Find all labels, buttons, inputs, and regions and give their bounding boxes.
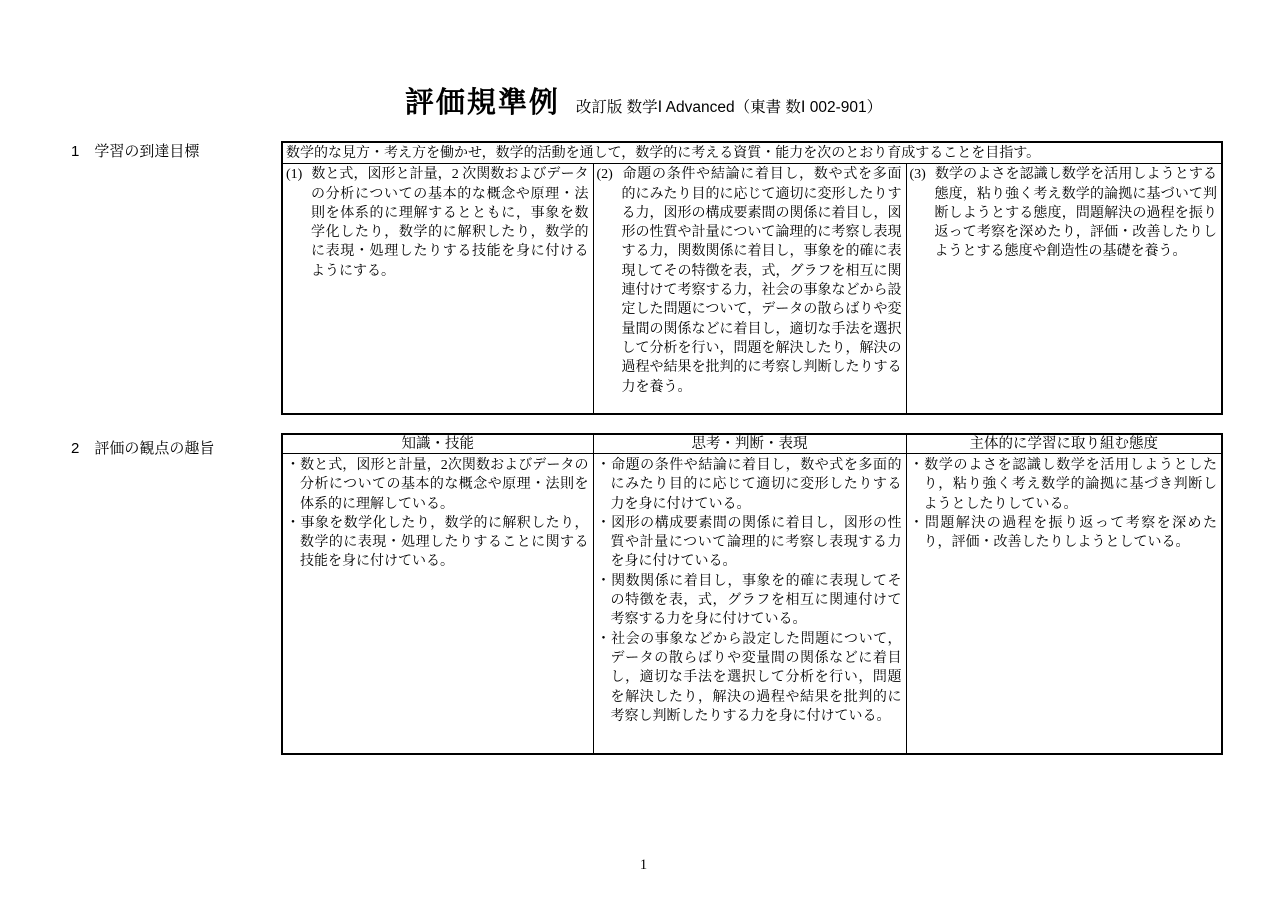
item-1-number: (1) xyxy=(286,167,302,182)
bullet-marker: ・ xyxy=(597,574,612,589)
page-title: 評価規準例 xyxy=(405,80,560,121)
bullet-text: 命題の条件や結論に着目し，数や式を多面的にみたり目的に応じて適切に変形したりする… xyxy=(611,458,902,512)
bullet-marker: ・ xyxy=(286,516,300,531)
page-subtitle: 改訂版 数学Ⅰ Advanced（東書 数Ⅰ 002-901） xyxy=(576,95,882,117)
goal-item-3-cell: (3)数学のよさを認識し数学を活用しようとする態度，粘り強く考え数学的論拠に基づ… xyxy=(906,164,1222,415)
bullet-marker: ・ xyxy=(597,516,612,531)
bullet-text: 数学のよさを認識し数学を活用しようとしたり，粘り強く考え数学的論拠に基づき判断し… xyxy=(924,458,1218,512)
bullet-text: 数と式，図形と計量，2次関数およびデータの分析についての基本的な概念や原理・法則… xyxy=(300,458,589,512)
thinking-judgment-expression-cell: ・命題の条件や結論に着目し，数や式を多面的にみたり目的に応じて適切に変形したりす… xyxy=(593,454,906,755)
column-header-thinking-judgment-expression: 思考・判断・表現 xyxy=(593,434,906,454)
knowledge-skills-cell: ・数と式，図形と計量，2次関数およびデータの分析についての基本的な概念や原理・法… xyxy=(282,454,593,755)
list-item: ・問題解決の過程を振り返って考察を深めたり，評価・改善したりしようとしている。 xyxy=(910,514,1218,553)
proactive-attitude-cell: ・数学のよさを認識し数学を活用しようとしたり，粘り強く考え数学的論拠に基づき判断… xyxy=(906,454,1222,755)
bullet-marker: ・ xyxy=(910,458,925,473)
bullet-text: 事象を数学化したり，数学的に解釈したり，数学的に表現・処理したりすることに関する… xyxy=(300,516,589,570)
document-header: 評価規準例 改訂版 数学Ⅰ Advanced（東書 数Ⅰ 002-901） xyxy=(0,80,1287,121)
goal-item-2-cell: (2)命題の条件や結論に着目し，数や式を多面的にみたり目的に応じて適切に変形した… xyxy=(593,164,906,415)
section1-label: 1 学習の到達目標 xyxy=(71,140,199,161)
bullet-marker: ・ xyxy=(286,458,300,473)
bullet-text: 社会の事象などから設定した問題について，データの散らばりや変量間の関係などに着目… xyxy=(611,632,902,724)
goal-item-1-cell: (1)数と式，図形と計量，2 次関数およびデータの分析についての基本的な概念や原… xyxy=(282,164,593,415)
viewpoint-header-row: 知識・技能 思考・判断・表現 主体的に学習に取り組む態度 xyxy=(282,434,1222,454)
list-item: ・図形の構成要素間の関係に着目し，図形の性質や計量について論理的に考察し表現する… xyxy=(597,514,902,572)
bullet-marker: ・ xyxy=(910,516,925,531)
bullet-text: 関数関係に着目し，事象を的確に表現してその特徴を表，式，グラフを相互に関連付けて… xyxy=(611,574,902,628)
item-2-text: 命題の条件や結論に着目し，数や式を多面的にみたり目的に応じて適切に変形したりする… xyxy=(622,167,902,394)
item-3-number: (3) xyxy=(910,167,926,182)
goal-items-row: (1)数と式，図形と計量，2 次関数およびデータの分析についての基本的な概念や原… xyxy=(282,164,1222,415)
viewpoint-body-row: ・数と式，図形と計量，2次関数およびデータの分析についての基本的な概念や原理・法… xyxy=(282,454,1222,755)
goal-statement-row: 数学的な見方・考え方を働かせ，数学的活動を通して，数学的に考える資質・能力を次の… xyxy=(282,142,1222,164)
list-item: ・命題の条件や結論に着目し，数や式を多面的にみたり目的に応じて適切に変形したりす… xyxy=(597,456,902,514)
bullet-text: 問題解決の過程を振り返って考察を深めたり，評価・改善したりしようとしている。 xyxy=(924,516,1218,550)
list-item: ・関数関係に着目し，事象を的確に表現してその特徴を表，式，グラフを相互に関連付け… xyxy=(597,572,902,630)
column-header-proactive-attitude: 主体的に学習に取り組む態度 xyxy=(906,434,1222,454)
list-item: ・数と式，図形と計量，2次関数およびデータの分析についての基本的な概念や原理・法… xyxy=(286,456,589,514)
goal-statement: 数学的な見方・考え方を働かせ，数学的活動を通して，数学的に考える資質・能力を次の… xyxy=(282,142,1222,164)
list-item: ・社会の事象などから設定した問題について，データの散らばりや変量間の関係などに着… xyxy=(597,630,902,726)
item-3-text: 数学のよさを認識し数学を活用しようとする態度，粘り強く考え数学的論拠に基づいて判… xyxy=(935,167,1218,259)
bullet-marker: ・ xyxy=(597,458,612,473)
list-item: ・事象を数学化したり，数学的に解釈したり，数学的に表現・処理したりすることに関す… xyxy=(286,514,589,572)
item-1-text: 数と式，図形と計量，2 次関数およびデータの分析についての基本的な概念や原理・法… xyxy=(311,167,589,278)
section2-label: 2 評価の観点の趣旨 xyxy=(71,437,214,458)
goal-item-3: (3)数学のよさを認識し数学を活用しようとする態度，粘り強く考え数学的論拠に基づ… xyxy=(910,165,1218,261)
learning-goals-table: 数学的な見方・考え方を働かせ，数学的活動を通して，数学的に考える資質・能力を次の… xyxy=(281,141,1223,415)
item-2-number: (2) xyxy=(597,167,613,182)
goal-item-2: (2)命題の条件や結論に着目し，数や式を多面的にみたり目的に応じて適切に変形した… xyxy=(597,165,902,397)
page-number: 1 xyxy=(0,857,1287,874)
bullet-text: 図形の構成要素間の関係に着目し，図形の性質や計量について論理的に考察し表現する力… xyxy=(611,516,902,570)
column-header-knowledge-skills: 知識・技能 xyxy=(282,434,593,454)
goal-item-1: (1)数と式，図形と計量，2 次関数およびデータの分析についての基本的な概念や原… xyxy=(286,165,589,281)
list-item: ・数学のよさを認識し数学を活用しようとしたり，粘り強く考え数学的論拠に基づき判断… xyxy=(910,456,1218,514)
evaluation-viewpoints-table: 知識・技能 思考・判断・表現 主体的に学習に取り組む態度 ・数と式，図形と計量，… xyxy=(281,433,1223,755)
bullet-marker: ・ xyxy=(597,632,612,647)
